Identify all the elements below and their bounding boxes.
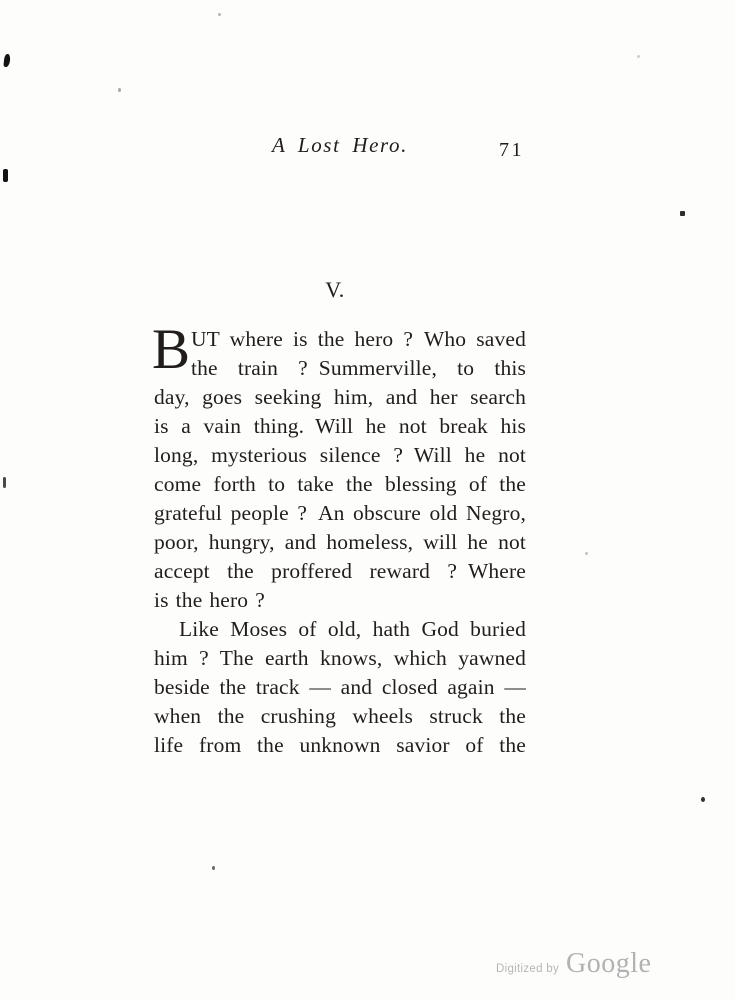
text-line: him ? The earth knows, which yawned	[154, 644, 526, 673]
speck	[637, 55, 640, 58]
page-number: 71	[499, 139, 524, 162]
text-line: long, mysterious silence ? Will he not	[154, 441, 526, 470]
ink-mark	[3, 169, 8, 182]
watermark-prefix: Digitized by	[496, 963, 559, 975]
paragraph: Like Moses of old, hath God buriedhim ? …	[154, 615, 526, 760]
section-heading: V.	[0, 277, 670, 303]
text-line: is the hero ?	[154, 586, 526, 615]
speck	[118, 88, 121, 92]
speck	[218, 13, 221, 16]
text-line: when the crushing wheels struck the	[154, 702, 526, 731]
text-line: day, goes seeking him, and her search	[154, 383, 526, 412]
ink-mark	[3, 477, 6, 488]
text-line: the train ? Summerville, to this	[154, 354, 526, 383]
text-line: UT where is the hero ? Who saved	[154, 325, 526, 354]
google-logo: Google	[566, 948, 651, 980]
text-line: Like Moses of old, hath God buried	[154, 615, 526, 644]
text-line: is a vain thing. Will he not break his	[154, 412, 526, 441]
drop-cap: B	[152, 321, 190, 378]
running-header-title: A Lost Hero.	[0, 133, 680, 158]
text-block: BUT where is the hero ? Who savedthe tra…	[154, 325, 526, 760]
text-line: poor, hungry, and homeless, will he not	[154, 528, 526, 557]
text-line: grateful people ? An obscure old Negro,	[154, 499, 526, 528]
text-line: come forth to take the blessing of the	[154, 470, 526, 499]
speck	[701, 797, 705, 802]
ink-mark	[3, 54, 10, 68]
paragraph: BUT where is the hero ? Who savedthe tra…	[154, 325, 526, 615]
speck	[212, 866, 215, 870]
speck	[680, 211, 685, 216]
text-line: accept the proffered reward ? Where	[154, 557, 526, 586]
speck	[585, 552, 588, 555]
text-line: life from the unknown savior of the	[154, 731, 526, 760]
scanned-book-page: A Lost Hero. 71 V. BUT where is the hero…	[0, 0, 735, 1000]
watermark: Digitized by Google	[496, 948, 651, 980]
text-line: beside the track — and closed again —	[154, 673, 526, 702]
